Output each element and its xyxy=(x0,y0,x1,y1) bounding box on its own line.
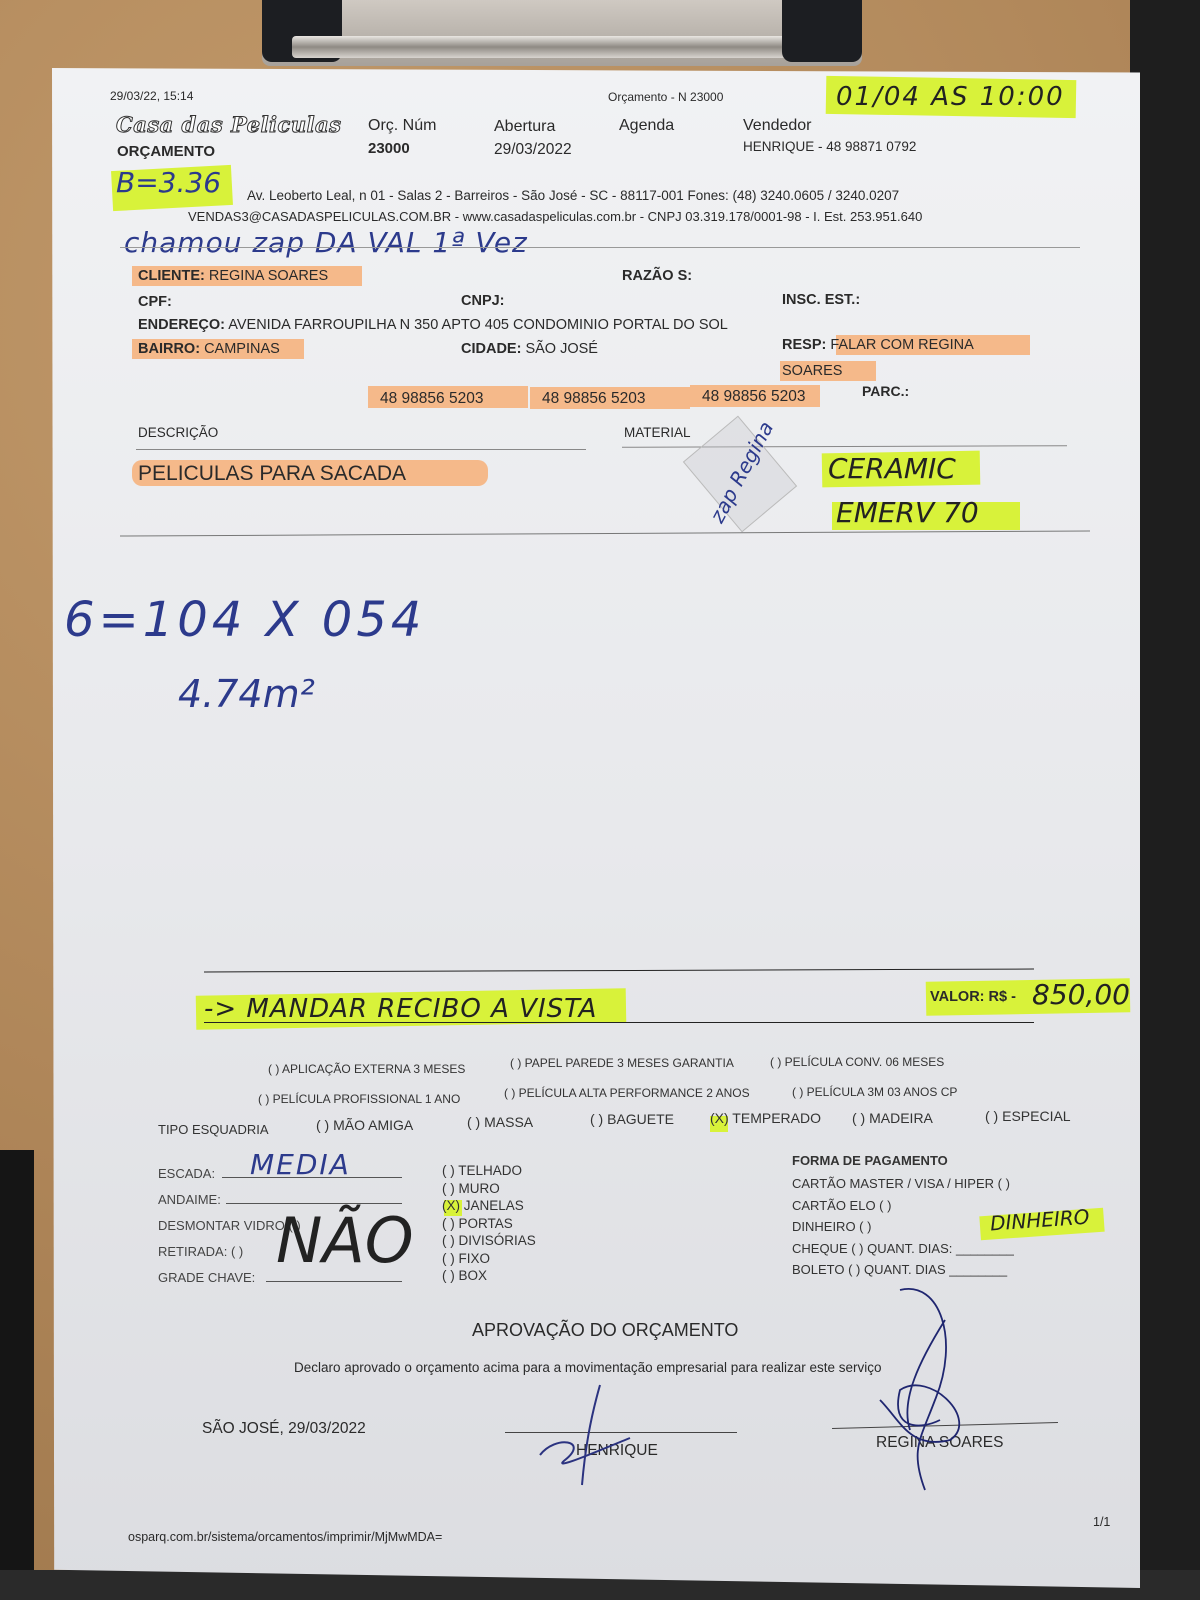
company-address: Av. Leoberto Leal, n 01 - Salas 2 - Barr… xyxy=(247,188,899,203)
signature-regina xyxy=(840,1280,1010,1500)
resp-field: RESP: FALAR COM REGINA xyxy=(782,337,974,353)
location-list: ( ) TELHADO ( ) MURO (X) JANELAS ( ) POR… xyxy=(442,1162,536,1285)
abertura-value: 29/03/2022 xyxy=(494,141,572,159)
payment-cartao-master[interactable]: CARTÃO MASTER / VISA / HIPER ( ) xyxy=(792,1173,1014,1195)
location-divisorias[interactable]: ( ) DIVISÓRIAS xyxy=(442,1232,536,1250)
payment-cartao-elo[interactable]: CARTÃO ELO ( ) xyxy=(792,1195,1014,1217)
location-box[interactable]: ( ) BOX xyxy=(442,1267,536,1285)
esquadria-temperado[interactable]: (X) TEMPERADO xyxy=(710,1110,821,1126)
grade-underline xyxy=(266,1281,402,1282)
bairro-field: BAIRRO: CAMPINAS xyxy=(138,341,280,357)
esquadria-baguete[interactable]: ( ) BAGUETE xyxy=(590,1111,674,1127)
payment-boleto[interactable]: BOLETO ( ) QUANT. DIAS ________ xyxy=(792,1259,1014,1281)
esquadria-mao-amiga[interactable]: ( ) MÃO AMIGA xyxy=(316,1117,413,1133)
endereco-value: AVENIDA FARROUPILHA N 350 APTO 405 CONDO… xyxy=(228,317,728,333)
doc-ref: Orçamento - N 23000 xyxy=(608,90,723,104)
note-underline xyxy=(204,1022,1034,1023)
place-date: SÃO JOSÉ, 29/03/2022 xyxy=(202,1420,366,1438)
abertura-label: Abertura xyxy=(494,118,555,136)
endereco-label: ENDEREÇO: xyxy=(138,317,225,333)
doc-type: ORÇAMENTO xyxy=(117,143,215,160)
signature-henrique xyxy=(530,1380,650,1490)
retirada-label: RETIRADA: ( ) xyxy=(158,1244,243,1259)
esquadria-especial[interactable]: ( ) ESPECIAL xyxy=(985,1108,1071,1124)
handwritten-note: chamou zap DA VAL 1ª Vez xyxy=(124,226,528,259)
valor-label: VALOR: R$ - xyxy=(930,989,1016,1005)
payment-cheque[interactable]: CHEQUE ( ) QUANT. DIAS: ________ xyxy=(792,1238,1014,1260)
vendedor-label: Vendedor xyxy=(743,117,812,135)
insc-label: INSC. EST.: xyxy=(782,292,860,308)
option-papel-parede[interactable]: ( ) PAPEL PAREDE 3 MESES GARANTIA xyxy=(510,1056,734,1070)
location-fixo[interactable]: ( ) FIXO xyxy=(442,1250,536,1268)
footer-url: osparq.com.br/sistema/orcamentos/imprimi… xyxy=(128,1530,442,1544)
phone-1: 48 98856 5203 xyxy=(380,390,483,408)
handwritten-measure-2: 4.74m² xyxy=(178,672,315,716)
descricao-value: PELICULAS PARA SACADA xyxy=(138,462,406,486)
phone-2: 48 98856 5203 xyxy=(542,390,645,408)
cidade-label: CIDADE: xyxy=(461,341,521,357)
esquadria-madeira[interactable]: ( ) MADEIRA xyxy=(852,1110,933,1126)
handwritten-material-1: CERAMIC xyxy=(828,452,956,485)
handwritten-appointment: 01/04 AS 10:00 xyxy=(836,82,1065,112)
option-pelicula-conv[interactable]: ( ) PELÍCULA CONV. 06 MESES xyxy=(770,1055,944,1069)
esquadria-massa[interactable]: ( ) MASSA xyxy=(467,1114,533,1130)
cidade-value: SÃO JOSÉ xyxy=(525,341,598,357)
parc-label: PARC.: xyxy=(862,383,909,399)
resp-value-1: FALAR COM REGINA xyxy=(830,337,973,353)
clipboard-clip xyxy=(262,0,862,66)
company-contact: VENDAS3@CASADASPELICULAS.COM.BR - www.ca… xyxy=(188,209,922,224)
location-portas[interactable]: ( ) PORTAS xyxy=(442,1215,536,1233)
option-pelicula-3m[interactable]: ( ) PELÍCULA 3M 03 ANOS CP xyxy=(792,1085,957,1099)
orc-num-value: 23000 xyxy=(368,140,410,157)
location-telhado[interactable]: ( ) TELHADO xyxy=(442,1162,536,1180)
handwritten-nao: NÃO xyxy=(276,1204,414,1277)
handwritten-code: B=3.36 xyxy=(116,166,221,199)
location-janelas[interactable]: (X) JANELAS xyxy=(442,1197,536,1215)
clip-bar xyxy=(292,36,832,58)
handwritten-measure-1: 6=104 X 054 xyxy=(64,592,425,648)
escada-value[interactable]: MEDIA xyxy=(250,1148,351,1181)
approval-statement: Declaro aprovado o orçamento acima para … xyxy=(294,1360,882,1375)
razao-label: RAZÃO S: xyxy=(622,268,692,284)
descricao-underline xyxy=(136,449,586,450)
agenda-label: Agenda xyxy=(619,117,674,135)
location-muro[interactable]: ( ) MURO xyxy=(442,1180,536,1198)
cpf-label: CPF: xyxy=(138,294,172,310)
handwritten-material-2: EMERV 70 xyxy=(836,496,979,529)
print-datetime: 29/03/22, 15:14 xyxy=(110,89,193,103)
escada-label: ESCADA: xyxy=(158,1166,215,1181)
divider xyxy=(120,247,1080,248)
option-aplicacao-externa[interactable]: ( ) APLICAÇÃO EXTERNA 3 MESES xyxy=(268,1062,465,1076)
resp-label: RESP: xyxy=(782,337,826,353)
option-pelicula-profissional[interactable]: ( ) PELÍCULA PROFISSIONAL 1 ANO xyxy=(258,1092,460,1106)
cliente-field: CLIENTE: REGINA SOARES xyxy=(138,268,328,284)
material-label: MATERIAL xyxy=(624,425,691,440)
bairro-value: CAMPINAS xyxy=(204,341,280,357)
orc-num-label: Orç. Núm xyxy=(368,117,436,135)
clip-foot-right xyxy=(782,0,862,62)
cnpj-label: CNPJ: xyxy=(461,293,505,309)
endereco-field: ENDEREÇO: AVENIDA FARROUPILHA N 350 APTO… xyxy=(138,317,728,333)
background-dark-right xyxy=(1130,0,1200,1600)
andaime-label: ANDAIME: xyxy=(158,1192,221,1207)
valor-value: 850,00 xyxy=(1032,978,1130,1011)
background-dark-left xyxy=(0,1150,34,1600)
grade-label: GRADE CHAVE: xyxy=(158,1270,255,1285)
cliente-value: REGINA SOARES xyxy=(209,268,328,284)
option-pelicula-alta-performance[interactable]: ( ) PELÍCULA ALTA PERFORMANCE 2 ANOS xyxy=(504,1086,750,1100)
descricao-label: DESCRIÇÃO xyxy=(138,425,218,440)
handwritten-receipt-note: -> MANDAR RECIBO A VISTA xyxy=(204,994,597,1024)
company-logo: Casa das Peliculas xyxy=(116,112,342,137)
esquadria-label: TIPO ESQUADRIA xyxy=(158,1122,269,1137)
cidade-field: CIDADE: SÃO JOSÉ xyxy=(461,341,598,357)
approval-title: APROVAÇÃO DO ORÇAMENTO xyxy=(472,1320,738,1341)
phone-3: 48 98856 5203 xyxy=(702,388,805,406)
cliente-label: CLIENTE: xyxy=(138,268,205,284)
resp-value-2: SOARES xyxy=(782,363,842,379)
payment-title: FORMA DE PAGAMENTO xyxy=(792,1153,948,1168)
bairro-label: BAIRRO: xyxy=(138,341,200,357)
vendedor-value: HENRIQUE - 48 98871 0792 xyxy=(743,139,916,154)
footer-page: 1/1 xyxy=(1093,1515,1110,1529)
